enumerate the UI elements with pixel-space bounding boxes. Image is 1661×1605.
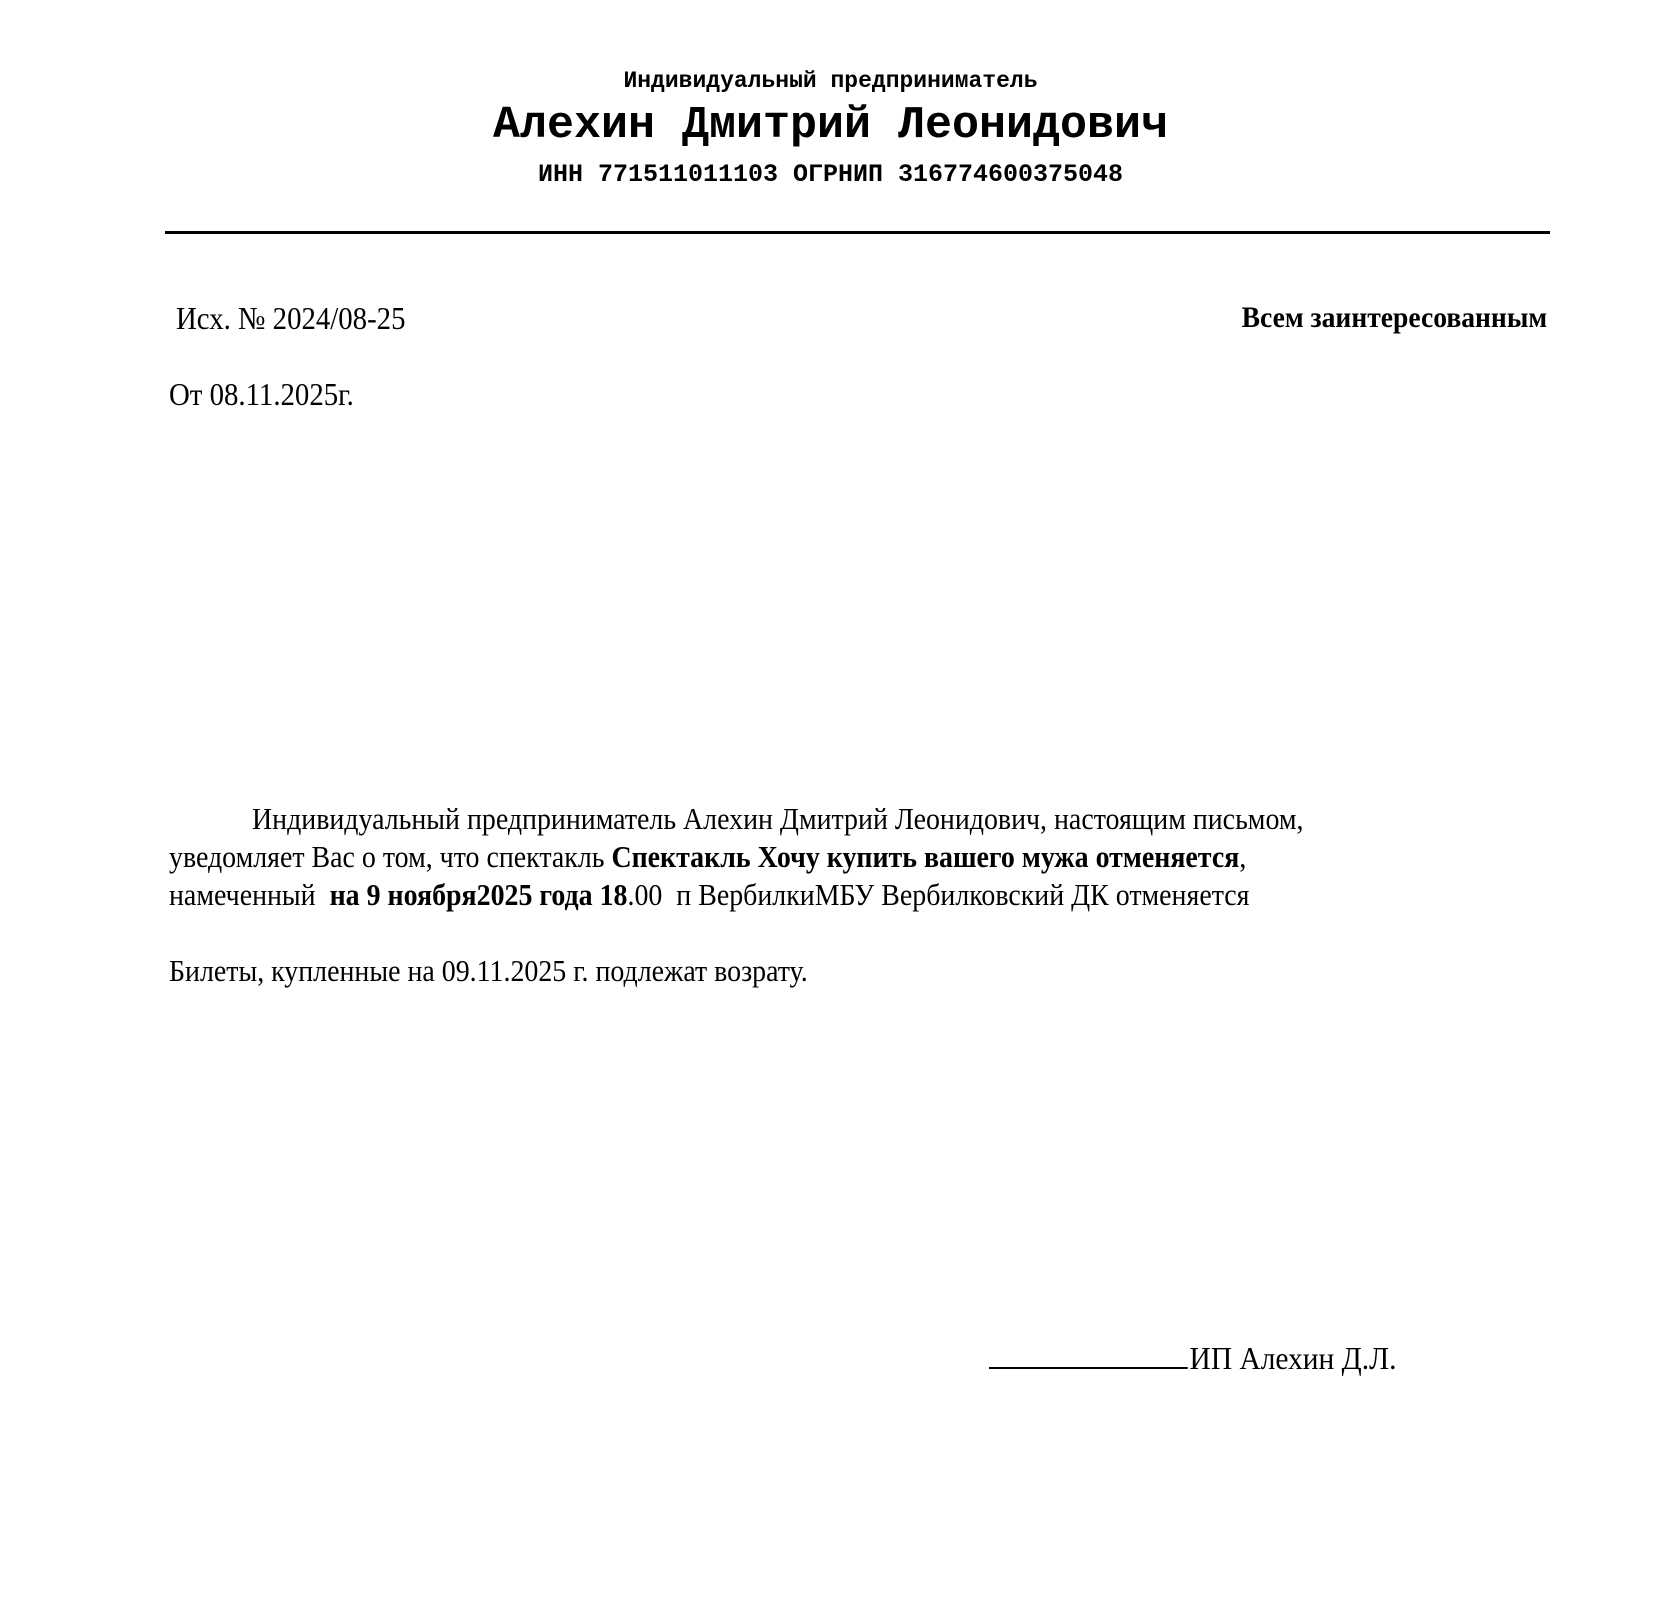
letterhead-subtitle: Индивидуальный предприниматель (0, 68, 1661, 94)
refund-notice: Билеты, купленные на 09.11.2025 г. подле… (169, 953, 808, 989)
header-divider (165, 231, 1550, 234)
performance-title: Спектакль Хочу купить вашего мужа отменя… (611, 839, 1239, 874)
body-paragraph-line-1: Индивидуальный предприниматель Алехин Дм… (252, 801, 1303, 837)
performance-datetime: на 9 ноября2025 года 18 (330, 877, 628, 912)
outgoing-number: Исх. № 2024/08-25 (176, 300, 405, 337)
body-paragraph-line-3: намеченный на 9 ноября2025 года 18.00 п … (169, 877, 1249, 913)
body-text: уведомляет Вас о том, что спектакль (169, 839, 611, 874)
addressee: Всем заинтересованным (1241, 301, 1547, 335)
signature-block: ИП Алехин Д.Л. (989, 1339, 1396, 1377)
signer-name: ИП Алехин Д.Л. (1190, 1340, 1397, 1376)
body-text: , (1239, 839, 1246, 874)
body-paragraph-line-2: уведомляет Вас о том, что спектакль Спек… (169, 839, 1246, 875)
letter-date: От 08.11.2025г. (169, 376, 354, 413)
letterhead-registration-ids: ИНН 771511011103 ОГРНИП 316774600375048 (0, 160, 1661, 189)
letterhead-name: Алехин Дмитрий Леонидович (0, 100, 1661, 151)
body-text: намеченный (169, 877, 330, 912)
body-text: .00 п ВербилкиМБУ Вербилковский ДК отмен… (627, 877, 1249, 912)
signature-line (989, 1339, 1188, 1369)
